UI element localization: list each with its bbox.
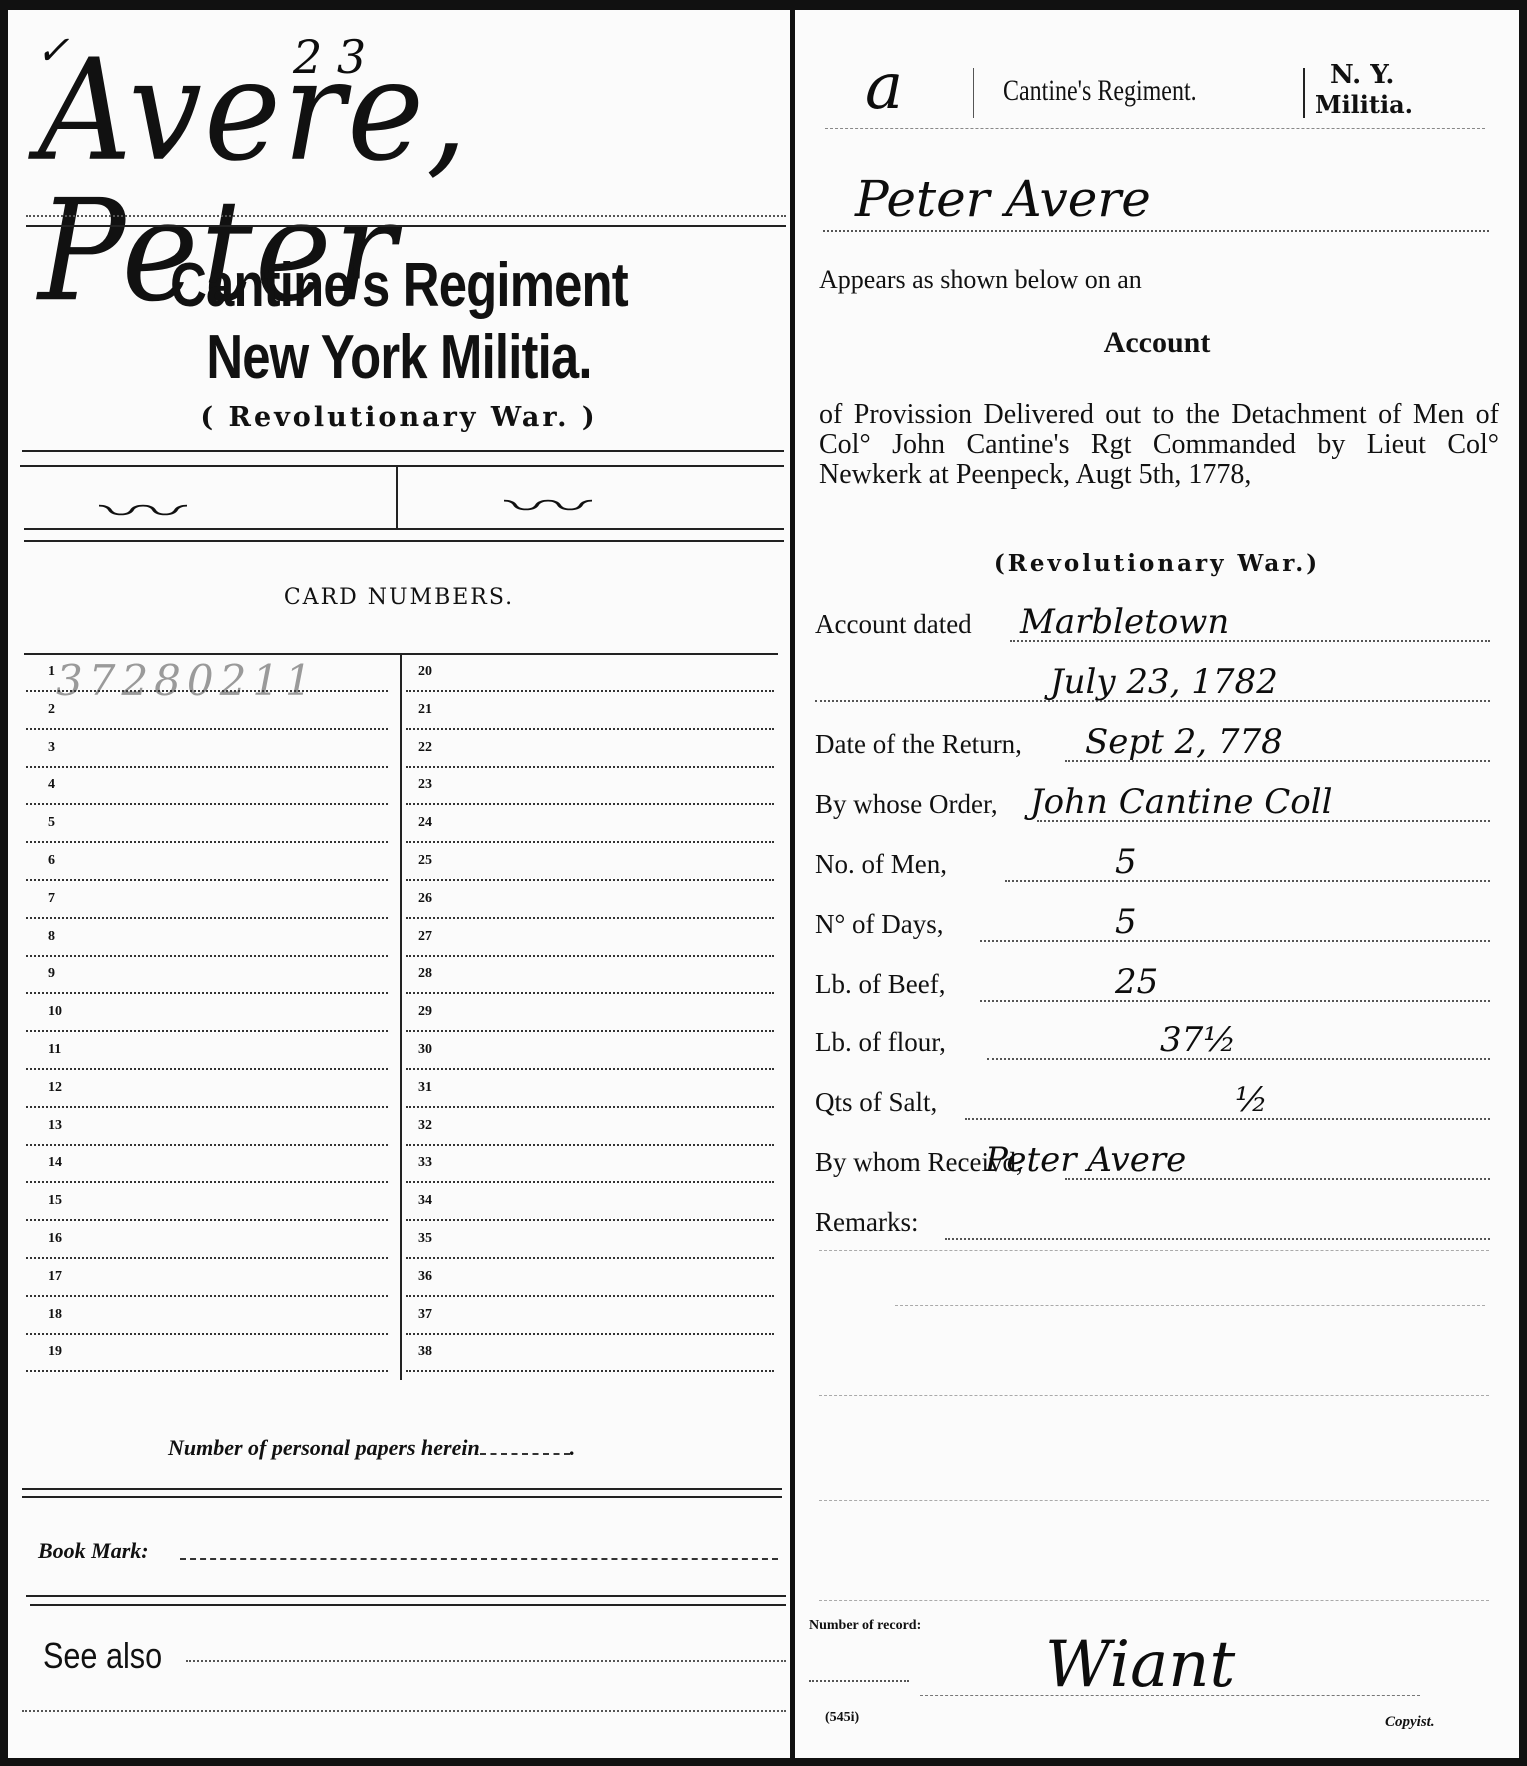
- field-line[interactable]: [1005, 880, 1490, 882]
- card-number-row[interactable]: 23: [406, 771, 778, 809]
- see-also-field-2[interactable]: [22, 1710, 786, 1712]
- card-number-field[interactable]: [26, 1106, 388, 1108]
- rank-divider: [396, 467, 398, 529]
- card-number-label: 17: [48, 1269, 62, 1285]
- card-number-row[interactable]: 9: [26, 960, 396, 998]
- card-number-field[interactable]: [406, 728, 774, 730]
- field-line[interactable]: [980, 1000, 1490, 1002]
- card-number-label: 24: [418, 815, 432, 831]
- field-label: Remarks:: [815, 1207, 918, 1238]
- field-label: Date of the Return,: [815, 729, 1022, 760]
- card-number-label: 26: [418, 891, 432, 907]
- form-number: (545i): [825, 1710, 859, 1726]
- card-number-row[interactable]: 7: [26, 885, 396, 923]
- card-number-label: 6: [48, 853, 55, 869]
- field-value: 37½: [1160, 1020, 1236, 1060]
- card-number-label: 7: [48, 891, 55, 907]
- field-value: ½: [1235, 1080, 1268, 1120]
- header-rule: [825, 128, 1485, 129]
- field-label: Lb. of Beef,: [815, 969, 945, 1000]
- card-number-field[interactable]: [26, 1181, 388, 1183]
- militia-header: Militia.: [1315, 90, 1413, 119]
- card-number-label: 22: [418, 740, 432, 756]
- card-number-row[interactable]: 33: [406, 1149, 778, 1187]
- card-number-field[interactable]: [406, 1181, 774, 1183]
- account-field: By whom Receivd,Peter Avere: [815, 1128, 1495, 1184]
- card-number-field[interactable]: [406, 841, 774, 843]
- card-number-row[interactable]: 4: [26, 771, 396, 809]
- field-line[interactable]: [945, 1238, 1490, 1240]
- field-value: 5: [1115, 842, 1137, 882]
- field-value: Marbletown: [1020, 602, 1229, 642]
- name-underline: [26, 215, 786, 217]
- number-of-record-field[interactable]: [809, 1680, 909, 1682]
- card-number-label: 16: [48, 1231, 62, 1247]
- card-number-row[interactable]: 6: [26, 847, 396, 885]
- account-field: July 23, 1782: [815, 650, 1495, 706]
- card-number-field[interactable]: [26, 1295, 388, 1297]
- card-number-row[interactable]: 11: [26, 1036, 396, 1074]
- card-number-label: 35: [418, 1231, 432, 1247]
- account-field: By whose Order,John Cantine Coll: [815, 770, 1495, 826]
- card-number-label: 5: [48, 815, 55, 831]
- card-number-row[interactable]: 31: [406, 1074, 778, 1112]
- card-number-row[interactable]: 13: [26, 1112, 396, 1150]
- account-card: a Cantine's Regiment. N. Y. Militia. Pet…: [795, 10, 1519, 1758]
- card-number-row[interactable]: 10: [26, 998, 396, 1036]
- divider: [22, 450, 784, 452]
- card-number-row[interactable]: 20: [406, 658, 778, 696]
- account-field: Lb. of flour,37½: [815, 1008, 1495, 1064]
- card-number-row[interactable]: 34: [406, 1187, 778, 1225]
- account-field: Remarks:: [815, 1188, 1495, 1244]
- card-letter: a: [865, 50, 903, 124]
- card-number-row[interactable]: 21: [406, 696, 778, 734]
- card-number-row[interactable]: 16: [26, 1225, 396, 1263]
- appears-text: Appears as shown below on an: [819, 265, 1142, 295]
- card-number-field[interactable]: [406, 690, 774, 692]
- card-number-row[interactable]: 36: [406, 1263, 778, 1301]
- card-number-field[interactable]: [26, 917, 388, 919]
- card-number-label: 38: [418, 1344, 432, 1360]
- card-number-label: 12: [48, 1080, 62, 1096]
- card-number-field[interactable]: [406, 1333, 774, 1335]
- state-header: N. Y.: [1330, 60, 1394, 90]
- divider: [24, 528, 784, 530]
- remarks-line: [819, 1500, 1489, 1501]
- field-line[interactable]: [980, 940, 1490, 942]
- card-number-row[interactable]: 25: [406, 847, 778, 885]
- card-number-label: 4: [48, 777, 55, 793]
- card-number-field[interactable]: [26, 1219, 388, 1221]
- card-number-label: 33: [418, 1155, 432, 1171]
- rank-right-mark: 〰: [504, 475, 592, 532]
- name-handwritten: Peter Avere: [855, 170, 1151, 228]
- card-number-label: 29: [418, 1004, 432, 1020]
- card-number-label: 37: [418, 1307, 432, 1323]
- card-numbers-heading: CARD NUMBERS.: [8, 585, 790, 610]
- card-number-field[interactable]: [26, 1257, 388, 1259]
- card-number-field[interactable]: [406, 803, 774, 805]
- field-value: July 23, 1782: [1050, 662, 1278, 702]
- card-number-field[interactable]: [406, 1106, 774, 1108]
- card-number-label: 36: [418, 1269, 432, 1285]
- card-number-row[interactable]: 35: [406, 1225, 778, 1263]
- card-number-label: 14: [48, 1155, 62, 1171]
- card-number-field[interactable]: [26, 1370, 388, 1372]
- card-number-field[interactable]: [26, 879, 388, 881]
- card-number-label: 28: [418, 966, 432, 982]
- card-number-label: 10: [48, 1004, 62, 1020]
- field-value: 25: [1115, 962, 1158, 1002]
- regiment-header: Cantine's Regiment.: [1003, 74, 1197, 108]
- card-number-field[interactable]: [26, 690, 388, 692]
- war-label: ( Revolutionary War. ): [8, 402, 790, 433]
- field-value: Sept 2, 778: [1085, 722, 1283, 762]
- card-number-label: 21: [418, 702, 432, 718]
- card-number-row[interactable]: 15: [26, 1187, 396, 1225]
- divider: [30, 1604, 786, 1606]
- field-value: 5: [1115, 902, 1137, 942]
- card-number-field[interactable]: [26, 992, 388, 994]
- copyist-line: [920, 1695, 1420, 1696]
- card-number-row[interactable]: 28: [406, 960, 778, 998]
- card-number-row[interactable]: 14: [26, 1149, 396, 1187]
- remarks-line: [895, 1305, 1485, 1306]
- card-number-row[interactable]: 1: [26, 658, 396, 696]
- account-field: Qts of Salt,½: [815, 1068, 1495, 1124]
- account-field: Lb. of Beef,25: [815, 950, 1495, 1006]
- account-field: N° of Days,5: [815, 890, 1495, 946]
- card-number-label: 13: [48, 1118, 62, 1134]
- divider: [22, 1496, 782, 1498]
- card-number-field[interactable]: [26, 841, 388, 843]
- card-number-field[interactable]: [26, 1030, 388, 1032]
- card-number-label: 1: [48, 664, 55, 680]
- card-number-label: 11: [48, 1042, 61, 1058]
- card-number-label: 3: [48, 740, 55, 756]
- card-number-row[interactable]: 27: [406, 923, 778, 961]
- personal-papers-field[interactable]: [480, 1453, 570, 1455]
- card-number-label: 20: [418, 664, 432, 680]
- card-number-label: 9: [48, 966, 55, 982]
- card-number-field[interactable]: [406, 992, 774, 994]
- card-number-label: 30: [418, 1042, 432, 1058]
- card-number-row[interactable]: 29: [406, 998, 778, 1036]
- card-number-row[interactable]: 17: [26, 1263, 396, 1301]
- remarks-line: [819, 1250, 1489, 1251]
- card-number-field[interactable]: [26, 1068, 388, 1070]
- card-number-row[interactable]: 24: [406, 809, 778, 847]
- card-number-label: 34: [418, 1193, 432, 1209]
- header-divider: [973, 68, 974, 118]
- card-number-label: 19: [48, 1344, 62, 1360]
- personal-papers-label: Number of personal papers herein.: [168, 1435, 575, 1461]
- column-divider: [400, 655, 402, 1380]
- card-number-row[interactable]: 19: [26, 1338, 396, 1376]
- war-label: (Revolutionary War.): [795, 550, 1519, 577]
- card-number-row[interactable]: 26: [406, 885, 778, 923]
- card-number-field[interactable]: [26, 803, 388, 805]
- card-number-row[interactable]: 18: [26, 1301, 396, 1339]
- divider: [26, 225, 786, 227]
- card-number-label: 8: [48, 929, 55, 945]
- card-number-label: 32: [418, 1118, 432, 1134]
- card-number-row[interactable]: 5: [26, 809, 396, 847]
- field-value: John Cantine Coll: [1030, 782, 1332, 822]
- card-number-label: 2: [48, 702, 55, 718]
- card-number-row[interactable]: 2: [26, 696, 396, 734]
- field-label: No. of Men,: [815, 849, 947, 880]
- book-mark-field[interactable]: [180, 1558, 778, 1560]
- card-number-field[interactable]: [406, 766, 774, 768]
- divider: [26, 1595, 786, 1597]
- copyist-label: Copyist.: [1385, 1714, 1435, 1731]
- divider: [24, 540, 784, 542]
- card-number-field[interactable]: [406, 879, 774, 881]
- account-field: Date of the Return,Sept 2, 778: [815, 710, 1495, 766]
- card-number-field[interactable]: [406, 1144, 774, 1146]
- card-number-field[interactable]: [406, 1030, 774, 1032]
- card-number-label: 27: [418, 929, 432, 945]
- field-label: Lb. of flour,: [815, 1027, 946, 1058]
- card-number-row[interactable]: 8: [26, 923, 396, 961]
- card-number-row[interactable]: 37: [406, 1301, 778, 1339]
- number-of-record-label: Number of record:: [809, 1618, 921, 1634]
- header-divider: [1303, 68, 1305, 118]
- field-label: Account dated: [815, 609, 972, 640]
- card-number-row[interactable]: 32: [406, 1112, 778, 1150]
- card-number-field[interactable]: [26, 728, 388, 730]
- card-number-row[interactable]: 3: [26, 734, 396, 772]
- document-type: Account: [795, 326, 1519, 360]
- card-number-row[interactable]: 30: [406, 1036, 778, 1074]
- regiment-subtitle: New York Militia.: [78, 322, 719, 393]
- remarks-line: [819, 1395, 1489, 1396]
- card-number-field[interactable]: [406, 1295, 774, 1297]
- card-number-label: 15: [48, 1193, 62, 1209]
- card-number-field[interactable]: [26, 766, 388, 768]
- field-line[interactable]: [965, 1118, 1490, 1120]
- card-number-field[interactable]: [406, 955, 774, 957]
- card-number-field[interactable]: [26, 955, 388, 957]
- see-also-field[interactable]: [186, 1660, 786, 1662]
- jacket-card: ✓ 2 3 Avere, Peter Cantine's Regiment Ne…: [8, 10, 790, 1758]
- see-also-label: See also: [43, 1635, 162, 1677]
- card-number-field[interactable]: [406, 1068, 774, 1070]
- card-number-field[interactable]: [406, 1370, 774, 1372]
- account-description: of Provission Delivered out to the Detac…: [819, 400, 1499, 490]
- divider: [20, 465, 784, 467]
- regiment-title: Cantine's Regiment: [78, 250, 719, 321]
- card-number-label: 31: [418, 1080, 432, 1096]
- name-underline: [823, 230, 1489, 232]
- card-number-row[interactable]: 12: [26, 1074, 396, 1112]
- card-number-field[interactable]: [26, 1144, 388, 1146]
- field-label: N° of Days,: [815, 909, 944, 940]
- field-label: By whose Order,: [815, 789, 998, 820]
- account-field: Account datedMarbletown: [815, 590, 1495, 646]
- card-number-field[interactable]: [406, 1219, 774, 1221]
- copyist-signature: Wiant: [1045, 1628, 1235, 1702]
- account-field: No. of Men,5: [815, 830, 1495, 886]
- divider: [22, 1488, 782, 1490]
- card-number-label: 25: [418, 853, 432, 869]
- field-label: Qts of Salt,: [815, 1087, 937, 1118]
- field-value: Peter Avere: [985, 1140, 1186, 1180]
- card-number-row[interactable]: 22: [406, 734, 778, 772]
- card-number-row[interactable]: 38: [406, 1338, 778, 1376]
- card-number-label: 23: [418, 777, 432, 793]
- remarks-line: [819, 1600, 1489, 1601]
- card-number-field[interactable]: [406, 917, 774, 919]
- field-line[interactable]: [987, 1058, 1490, 1060]
- card-number-label: 18: [48, 1307, 62, 1323]
- book-mark-label: Book Mark:: [38, 1538, 149, 1564]
- card-number-field[interactable]: [406, 1257, 774, 1259]
- card-number-field[interactable]: [26, 1333, 388, 1335]
